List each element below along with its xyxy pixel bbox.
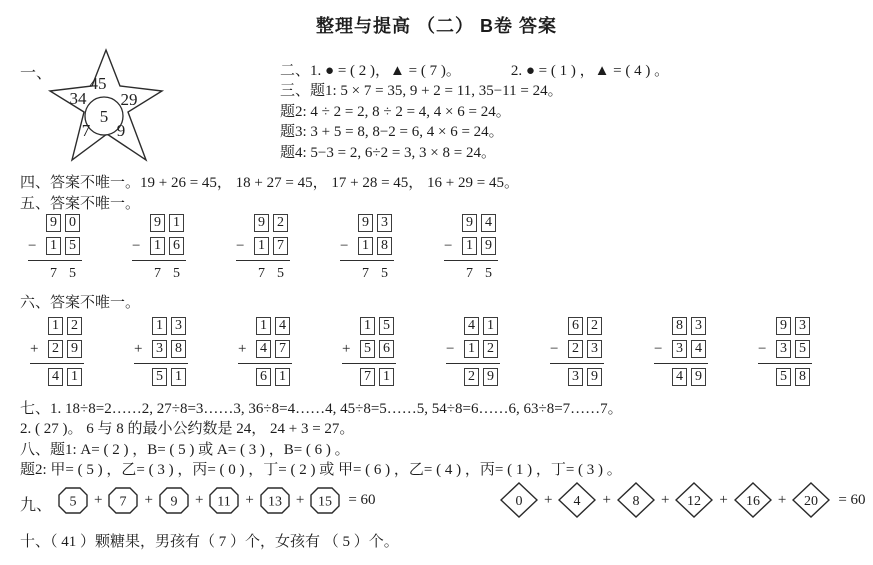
section-two-item1: 1. ● = ( 2 )，▲ = ( 7 )。 (310, 63, 461, 79)
bottom-operand-row: −15 (28, 237, 82, 256)
diamond-number: 20 (804, 494, 818, 509)
bottom-operand-row: +56 (342, 340, 396, 359)
digit: 5 (481, 265, 496, 283)
digit-box: 1 (379, 368, 394, 386)
digit-box: 4 (672, 368, 687, 386)
digit-box: 3 (691, 317, 706, 335)
square-frame: 11 (209, 487, 239, 514)
plus-sign: + (244, 492, 254, 509)
top-area: 一、 45 34 29 5 7 9 二、1. ● = ( 2 )，▲ = ( 7… (0, 48, 873, 170)
bottom-operand-row: −23 (550, 340, 604, 359)
digit: 7 (254, 265, 269, 283)
page-title: 整理与提高 （二） B卷 答案 (0, 12, 873, 38)
operator-sign: + (30, 340, 46, 359)
bottom-operand-row: −12 (446, 340, 500, 359)
digit-box: 4 (691, 340, 706, 358)
rule-line (446, 363, 500, 364)
digit: 5 (65, 265, 80, 283)
top-operand-row: 12 (30, 317, 84, 336)
section-six-label: 六、 (20, 295, 50, 311)
digit-box: 2 (568, 340, 583, 358)
digit-box: 3 (568, 368, 583, 386)
digit-box: 5 (379, 317, 394, 335)
result-row: 75 (340, 265, 394, 284)
operator-sign: − (132, 237, 148, 256)
digit-box: 2 (587, 317, 602, 335)
digit-box: 3 (795, 317, 810, 335)
top-operand-row: 13 (134, 317, 188, 336)
digit: 5 (273, 265, 288, 283)
digit-box: 3 (672, 340, 687, 358)
digit: 7 (46, 265, 61, 283)
answer-sheet-page: { "title": "整理与提高 （二） B卷 答案", "one": { "… (0, 0, 873, 565)
vertical-arithmetic-block: 93−1875 (340, 214, 394, 288)
digit-box: 1 (254, 237, 269, 255)
bottom-operand-row: −35 (758, 340, 812, 359)
square-frame: 15 (310, 487, 340, 514)
operator-sign: − (446, 340, 462, 359)
vertical-arithmetic-block: 94−1975 (444, 214, 498, 288)
vertical-arithmetic-block: 13+3851 (134, 317, 188, 391)
bottom-operand-row: −16 (132, 237, 186, 256)
operator-sign: + (238, 340, 254, 359)
digit-box: 8 (377, 237, 392, 255)
vertical-arithmetic-block: 14+4761 (238, 317, 292, 391)
digit-box: 9 (776, 317, 791, 335)
section-four-text: 答案不唯一。19 + 26 = 45， 18 + 27 = 45， 17 + 2… (50, 175, 519, 191)
top-operand-row: 92 (236, 214, 290, 233)
equals-result: = 60 (838, 492, 865, 509)
sections-two-three: 二、1. ● = ( 2 )，▲ = ( 7 )。2. ● = ( 1 ) ，▲… (280, 61, 669, 163)
square-number: 7 (120, 494, 127, 509)
digit-box: 4 (256, 340, 271, 358)
digit-box: 3 (776, 340, 791, 358)
digit-box: 5 (795, 340, 810, 358)
plus-sign: + (295, 492, 305, 509)
star-number-left: 34 (70, 89, 88, 108)
top-operand-row: 14 (238, 317, 292, 336)
bottom-operand-row: +29 (30, 340, 84, 359)
digit-box: 4 (464, 317, 479, 335)
digit: 7 (150, 265, 165, 283)
result-row: 39 (550, 368, 604, 387)
square-number: 9 (170, 494, 177, 509)
digit-box: 1 (483, 317, 498, 335)
top-operand-row: 15 (342, 317, 396, 336)
section-four-line: 四、答案不唯一。19 + 26 = 45， 18 + 27 = 45， 17 +… (20, 171, 519, 192)
star-number-top: 45 (90, 74, 107, 93)
section-five-label: 五、 (20, 196, 50, 212)
digit-box: 1 (275, 368, 290, 386)
section-five-blocks: 90−157591−167592−177593−187594−1975 (28, 214, 548, 288)
digit-box: 0 (65, 214, 80, 232)
section-three-q3: 题3: 3 + 5 = 8, 8−2 = 6, 4 × 6 = 24。 (280, 122, 669, 142)
square-number: 5 (70, 494, 77, 509)
equals-result: = 60 (348, 492, 375, 509)
section-two-item2: 2. ● = ( 1 ) ，▲ = ( 4 ) 。 (511, 63, 669, 79)
section-nine-square-equation: 5+7+9+11+13+15= 60 (58, 485, 376, 515)
digit: 5 (377, 265, 392, 283)
diamond-frame: 8 (617, 482, 655, 518)
vertical-arithmetic-block: 41−1229 (446, 317, 500, 391)
digit-box: 3 (587, 340, 602, 358)
digit-box: 1 (152, 317, 167, 335)
vertical-arithmetic-block: 62−2339 (550, 317, 604, 391)
digit-box: 7 (360, 368, 375, 386)
result-row: 75 (444, 265, 498, 284)
digit-box: 6 (256, 368, 271, 386)
plus-sign: + (93, 492, 103, 509)
digit-box: 1 (46, 237, 61, 255)
vertical-arithmetic-block: 90−1575 (28, 214, 82, 288)
rule-line (134, 363, 188, 364)
digit-box: 9 (483, 368, 498, 386)
operator-sign: − (444, 237, 460, 256)
rule-line (28, 260, 82, 261)
result-row: 29 (446, 368, 500, 387)
digit-box: 8 (672, 317, 687, 335)
section-ten-label: 十、 (20, 534, 50, 550)
digit-box: 1 (464, 340, 479, 358)
digit-box: 5 (776, 368, 791, 386)
bottom-operand-row: +38 (134, 340, 188, 359)
result-row: 75 (132, 265, 186, 284)
plus-sign: + (601, 492, 611, 509)
result-row: 75 (28, 265, 82, 284)
diamond-number: 4 (574, 494, 581, 509)
digit-box: 6 (379, 340, 394, 358)
digit-box: 1 (462, 237, 477, 255)
section-ten-text: （ 41 ）颗糖果，男孩有（ 7 ）个，女孩有 （ 5 ）个。 (50, 534, 399, 550)
diamond-frame: 12 (675, 482, 713, 518)
diamond-number: 16 (746, 494, 760, 509)
digit-box: 3 (152, 340, 167, 358)
digit-box: 2 (48, 340, 63, 358)
bottom-operand-row: −19 (444, 237, 498, 256)
top-operand-row: 62 (550, 317, 604, 336)
rule-line (30, 363, 84, 364)
digit: 7 (462, 265, 477, 283)
digit-box: 8 (171, 340, 186, 358)
digit-box: 6 (169, 237, 184, 255)
digit-box: 9 (46, 214, 61, 232)
operator-sign: − (550, 340, 566, 359)
diamond-number: 8 (632, 494, 639, 509)
square-number: 11 (218, 494, 231, 509)
section-three-q2: 题2: 4 ÷ 2 = 2, 8 ÷ 2 = 4, 4 × 6 = 24。 (280, 102, 669, 122)
vertical-arithmetic-block: 83−3449 (654, 317, 708, 391)
plus-sign: + (718, 492, 728, 509)
rule-line (444, 260, 498, 261)
operator-sign: − (28, 237, 44, 256)
section-two-label: 二、 (280, 63, 310, 79)
diamond-frame: 20 (792, 482, 830, 518)
section-three-label: 三、 (280, 83, 310, 99)
rule-line (340, 260, 394, 261)
operator-sign: − (654, 340, 670, 359)
rule-line (342, 363, 396, 364)
top-operand-row: 83 (654, 317, 708, 336)
vertical-arithmetic-block: 93−3558 (758, 317, 812, 391)
plus-sign: + (143, 492, 153, 509)
result-row: 49 (654, 368, 708, 387)
rule-line (238, 363, 292, 364)
top-operand-row: 41 (446, 317, 500, 336)
digit-box: 1 (358, 237, 373, 255)
plus-sign: + (660, 492, 670, 509)
digit-box: 1 (256, 317, 271, 335)
digit-box: 9 (691, 368, 706, 386)
digit-box: 2 (464, 368, 479, 386)
digit-box: 4 (48, 368, 63, 386)
top-operand-row: 93 (340, 214, 394, 233)
vertical-arithmetic-block: 92−1775 (236, 214, 290, 288)
digit-box: 9 (67, 340, 82, 358)
digit-box: 7 (273, 237, 288, 255)
section-eight-label: 八、 (20, 442, 50, 458)
star-number-right: 29 (121, 90, 138, 109)
section-eight-line2: 题2: 甲= ( 5 ) ，乙= ( 3 ) ，丙= ( 0 ) ，丁= ( 2… (20, 458, 622, 479)
section-six-line: 六、答案不唯一。 (20, 291, 140, 312)
digit-box: 1 (360, 317, 375, 335)
digit-box: 1 (48, 317, 63, 335)
plus-sign: + (777, 492, 787, 509)
result-row: 61 (238, 368, 292, 387)
vertical-arithmetic-block: 12+2941 (30, 317, 84, 391)
digit-box: 9 (254, 214, 269, 232)
diamond-number: 0 (516, 494, 523, 509)
bottom-operand-row: +47 (238, 340, 292, 359)
digit-box: 2 (483, 340, 498, 358)
operator-sign: + (342, 340, 358, 359)
digit: 5 (169, 265, 184, 283)
plus-sign: + (194, 492, 204, 509)
digit-box: 1 (171, 368, 186, 386)
rule-line (236, 260, 290, 261)
digit-box: 7 (275, 340, 290, 358)
vertical-arithmetic-block: 15+5671 (342, 317, 396, 391)
bottom-operand-row: −18 (340, 237, 394, 256)
digit-box: 9 (358, 214, 373, 232)
square-number: 15 (318, 494, 332, 509)
bottom-operand-row: −34 (654, 340, 708, 359)
digit-box: 5 (152, 368, 167, 386)
section-three-q1: 题1: 5 × 7 = 35, 9 + 2 = 11, 35−11 = 24。 (310, 83, 563, 99)
digit-box: 2 (67, 317, 82, 335)
section-three-q4: 题4: 5−3 = 2, 6÷2 = 3, 3 × 8 = 24。 (280, 143, 669, 163)
digit-box: 4 (275, 317, 290, 335)
diamond-frame: 16 (734, 482, 772, 518)
square-number: 13 (268, 494, 282, 509)
digit-box: 9 (481, 237, 496, 255)
square-frame: 7 (108, 487, 138, 514)
digit-box: 1 (67, 368, 82, 386)
result-row: 41 (30, 368, 84, 387)
star-figure: 45 34 29 5 7 9 (40, 48, 180, 166)
rule-line (758, 363, 812, 364)
digit-box: 3 (377, 214, 392, 232)
diamond-number: 12 (687, 494, 701, 509)
rule-line (654, 363, 708, 364)
top-operand-row: 94 (444, 214, 498, 233)
section-three-line1: 三、题1: 5 × 7 = 35, 9 + 2 = 11, 35−11 = 24… (280, 81, 669, 101)
digit-box: 9 (150, 214, 165, 232)
section-eight-q1: 题1: A= ( 2 ) ，B= ( 5 ) 或 A= ( 3 ) ，B= ( … (50, 442, 350, 458)
section-nine-diamond-equation: 0+4+8+12+16+20= 60 (500, 482, 866, 518)
section-six-blocks: 12+294113+385114+476115+567141−122962−23… (30, 317, 862, 391)
digit-box: 3 (171, 317, 186, 335)
section-seven-q1: 1. 18÷8=2……2, 27÷8=3……3, 36÷8=4……4, 45÷8… (50, 401, 623, 417)
top-operand-row: 93 (758, 317, 812, 336)
digit: 7 (358, 265, 373, 283)
square-frame: 5 (58, 487, 88, 514)
digit-box: 6 (568, 317, 583, 335)
digit-box: 2 (273, 214, 288, 232)
section-seven-line2: 2. ( 27 )。 6 与 8 的最小公约数是 24， 24 + 3 = 27… (20, 417, 354, 438)
result-row: 58 (758, 368, 812, 387)
result-row: 75 (236, 265, 290, 284)
result-row: 51 (134, 368, 188, 387)
section-ten-line: 十、（ 41 ）颗糖果，男孩有（ 7 ）个，女孩有 （ 5 ）个。 (20, 530, 399, 551)
digit-box: 8 (795, 368, 810, 386)
operator-sign: − (758, 340, 774, 359)
section-seven-label: 七、 (20, 401, 50, 417)
digit-box: 1 (150, 237, 165, 255)
diamond-frame: 4 (558, 482, 596, 518)
top-operand-row: 90 (28, 214, 82, 233)
operator-sign: − (236, 237, 252, 256)
section-nine-label: 九、 (20, 492, 52, 515)
section-eight-line1: 八、题1: A= ( 2 ) ，B= ( 5 ) 或 A= ( 3 ) ，B= … (20, 438, 350, 459)
plus-sign: + (543, 492, 553, 509)
square-frame: 9 (159, 487, 189, 514)
diamond-frame: 0 (500, 482, 538, 518)
section-five-line: 五、答案不唯一。 (20, 192, 140, 213)
digit-box: 5 (360, 340, 375, 358)
section-six-note: 答案不唯一。 (50, 295, 140, 311)
star-number-center: 5 (100, 107, 109, 126)
operator-sign: + (134, 340, 150, 359)
section-seven-line1: 七、1. 18÷8=2……2, 27÷8=3……3, 36÷8=4……4, 45… (20, 397, 623, 418)
star-number-bottom-left: 7 (82, 121, 91, 140)
section-five-note: 答案不唯一。 (50, 196, 140, 212)
star-number-bottom-right: 9 (117, 121, 126, 140)
vertical-arithmetic-block: 91−1675 (132, 214, 186, 288)
digit-box: 9 (462, 214, 477, 232)
operator-sign: − (340, 237, 356, 256)
digit-box: 5 (65, 237, 80, 255)
square-frame: 13 (260, 487, 290, 514)
section-four-label: 四、 (20, 175, 50, 191)
rule-line (132, 260, 186, 261)
digit-box: 1 (169, 214, 184, 232)
section-two-line: 二、1. ● = ( 2 )，▲ = ( 7 )。2. ● = ( 1 ) ，▲… (280, 61, 669, 81)
rule-line (550, 363, 604, 364)
digit-box: 9 (587, 368, 602, 386)
bottom-operand-row: −17 (236, 237, 290, 256)
digit-box: 4 (481, 214, 496, 232)
top-operand-row: 91 (132, 214, 186, 233)
result-row: 71 (342, 368, 396, 387)
